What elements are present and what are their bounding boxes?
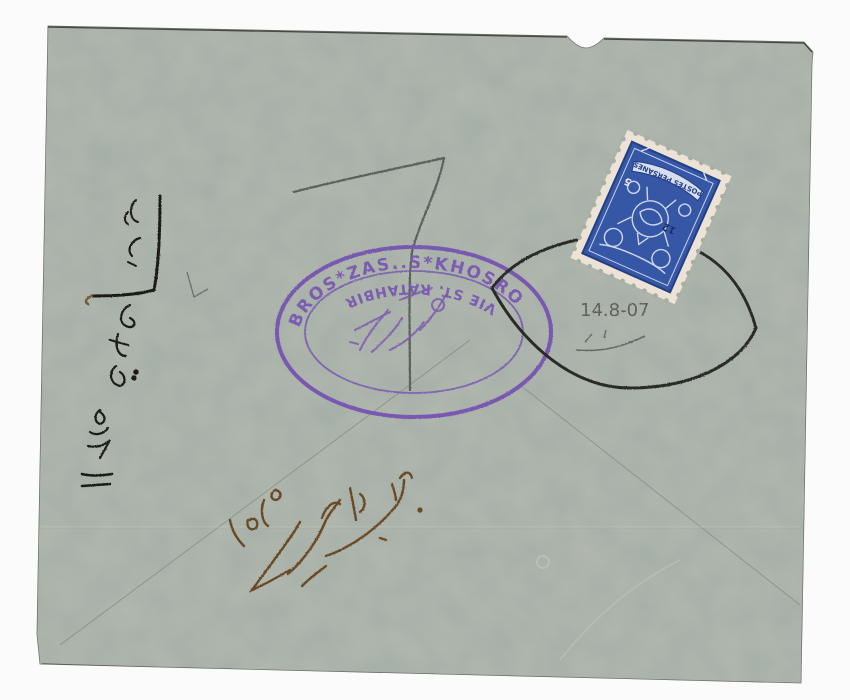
envelope-photo: BROS*ZAS..S*KHOSRO VIE ST. RATAHBIR Z 14…: [0, 0, 850, 700]
envelope-paper: [0, 0, 850, 700]
stamp-inscription: POSTES PERSANES: [0, 0, 10, 1]
svg-text:14.8-07: 14.8-07: [580, 300, 649, 321]
